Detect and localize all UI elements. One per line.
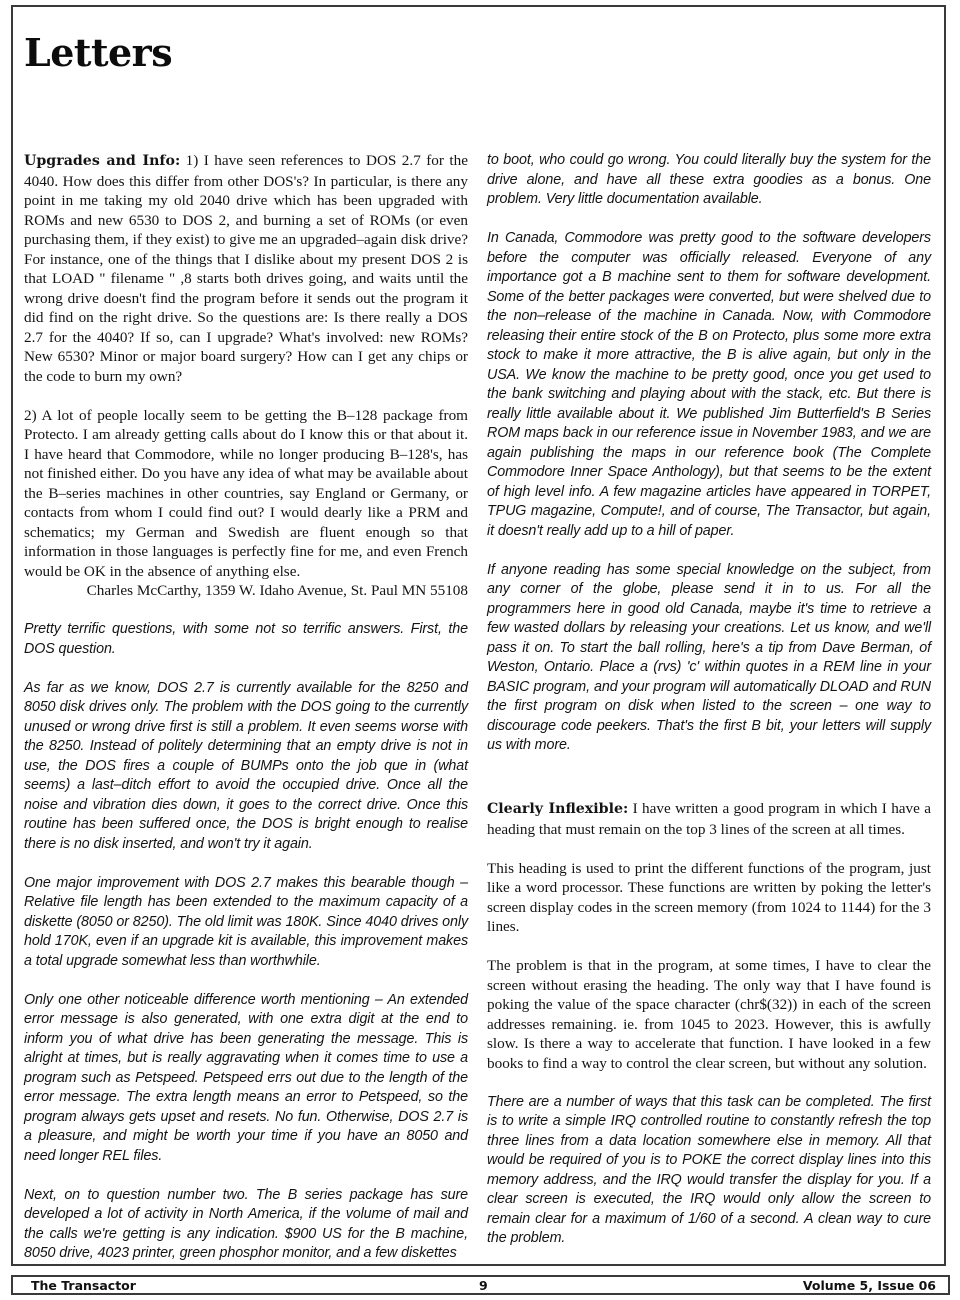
reply-paragraph: One major improvement with DOS 2.7 makes… xyxy=(24,874,468,972)
letter-upgrades-para-1: Upgrades and Info: 1) I have seen refere… xyxy=(24,151,468,386)
reply-paragraph: to boot, who could go wrong. You could l… xyxy=(487,151,931,210)
section-spacer xyxy=(487,775,931,799)
reply-paragraph: In Canada, Commodore was pretty good to … xyxy=(487,229,931,541)
letter-upgrades-para-2: 2) A lot of people locally seem to be ge… xyxy=(24,406,468,582)
letter-signature: Charles McCarthy, 1359 W. Idaho Avenue, … xyxy=(24,581,468,601)
reply-paragraph: If anyone reading has some special knowl… xyxy=(487,561,931,756)
letter-inflexible-para-3: The problem is that in the program, at s… xyxy=(487,956,931,1073)
page-title: Letters xyxy=(24,30,172,75)
reply-paragraph: There are a number of ways that this tas… xyxy=(487,1093,931,1249)
footer-issue: Volume 5, Issue 06 xyxy=(803,1278,936,1293)
letter-inflexible-para-2: This heading is used to print the differ… xyxy=(487,859,931,937)
letter-heading-inflexible: Clearly Inflexible: xyxy=(487,801,628,817)
letter-heading-upgrades: Upgrades and Info: xyxy=(24,153,180,169)
reply-paragraph: Next, on to question number two. The B s… xyxy=(24,1186,468,1264)
right-column: to boot, who could go wrong. You could l… xyxy=(487,151,931,1249)
page-footer: The Transactor 9 Volume 5, Issue 06 xyxy=(11,1275,950,1295)
reply-paragraph: Pretty terrific questions, with some not… xyxy=(24,620,468,659)
left-column: Upgrades and Info: 1) I have seen refere… xyxy=(24,151,468,1264)
footer-page-number: 9 xyxy=(479,1278,488,1293)
letter-inflexible-para-1: Clearly Inflexible: I have written a goo… xyxy=(487,799,931,839)
reply-paragraph: Only one other noticeable difference wor… xyxy=(24,991,468,1167)
footer-magazine-name: The Transactor xyxy=(31,1278,136,1293)
reply-paragraph: As far as we know, DOS 2.7 is currently … xyxy=(24,679,468,855)
